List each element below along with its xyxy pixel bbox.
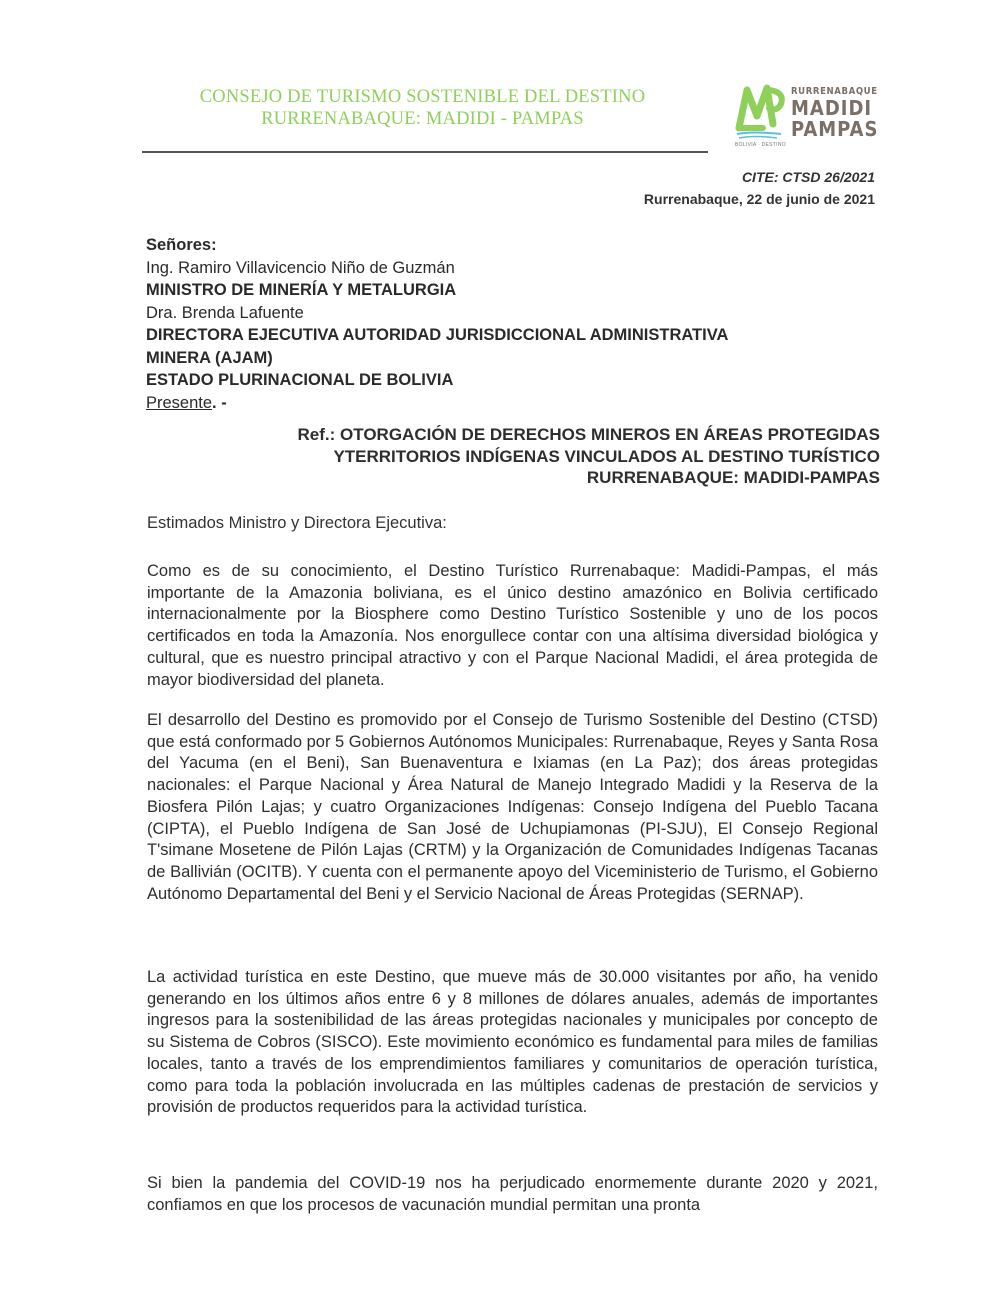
logo-line3: PAMPAS: [791, 119, 878, 140]
recipient-line: Dra. Brenda Lafuente: [146, 302, 728, 325]
recipient-line: ESTADO PLURINACIONAL DE BOLIVIA: [146, 369, 728, 392]
recipient-line: DIRECTORA EJECUTIVA AUTORIDAD JURISDICCI…: [146, 324, 728, 347]
greeting: Estimados Ministro y Directora Ejecutiva…: [147, 514, 447, 533]
logo-line2: MADIDI: [791, 98, 878, 119]
recipients-block: Señores: Ing. Ramiro Villavicencio Niño …: [146, 234, 728, 414]
salutation: Señores:: [146, 234, 728, 257]
org-name-line1: CONSEJO DE TURISMO SOSTENIBLE DEL DESTIN…: [150, 86, 695, 108]
body-paragraph: Como es de su conocimiento, el Destino T…: [147, 561, 878, 691]
header-divider: [142, 151, 708, 153]
org-name-line2: RURRENABAQUE: MADIDI - PAMPAS: [150, 108, 695, 130]
cite-code: CITE: CTSD 26/2021: [644, 166, 875, 188]
destination-logo: BOLIVIA · DESTINO RURRENABAQUE MADIDI PA…: [733, 80, 893, 152]
organization-header: CONSEJO DE TURISMO SOSTENIBLE DEL DESTIN…: [150, 86, 695, 130]
body-paragraph: Si bien la pandemia del COVID-19 nos ha …: [147, 1173, 878, 1216]
reference-line2: YTERRITORIOS INDÍGENAS VINCULADOS AL DES…: [298, 446, 880, 468]
logo-subtitle: BOLIVIA · DESTINO: [735, 142, 786, 148]
recipient-line: MINERA (AJAM): [146, 347, 728, 370]
recipient-line: MINISTRO DE MINERÍA Y METALURGIA: [146, 279, 728, 302]
recipient-line: Ing. Ramiro Villavicencio Niño de Guzmán: [146, 257, 728, 280]
cite-block: CITE: CTSD 26/2021 Rurrenabaque, 22 de j…: [644, 166, 875, 210]
mp-logo-icon: [733, 80, 789, 150]
presente-suffix: . -: [212, 394, 227, 412]
place-date: Rurrenabaque, 22 de junio de 2021: [644, 188, 875, 210]
body-paragraph: El desarrollo del Destino es promovido p…: [147, 710, 878, 905]
logo-wordmark: RURRENABAQUE MADIDI PAMPAS: [791, 86, 878, 140]
presente-line: Presente. -: [146, 392, 728, 415]
body-paragraph: La actividad turística en este Destino, …: [147, 967, 878, 1119]
reference-line1: Ref.: OTORGACIÓN DE DERECHOS MINEROS EN …: [298, 424, 880, 446]
reference-block: Ref.: OTORGACIÓN DE DERECHOS MINEROS EN …: [298, 424, 880, 489]
presente-text: Presente: [146, 394, 212, 412]
reference-line3: RURRENABAQUE: MADIDI-PAMPAS: [298, 467, 880, 489]
